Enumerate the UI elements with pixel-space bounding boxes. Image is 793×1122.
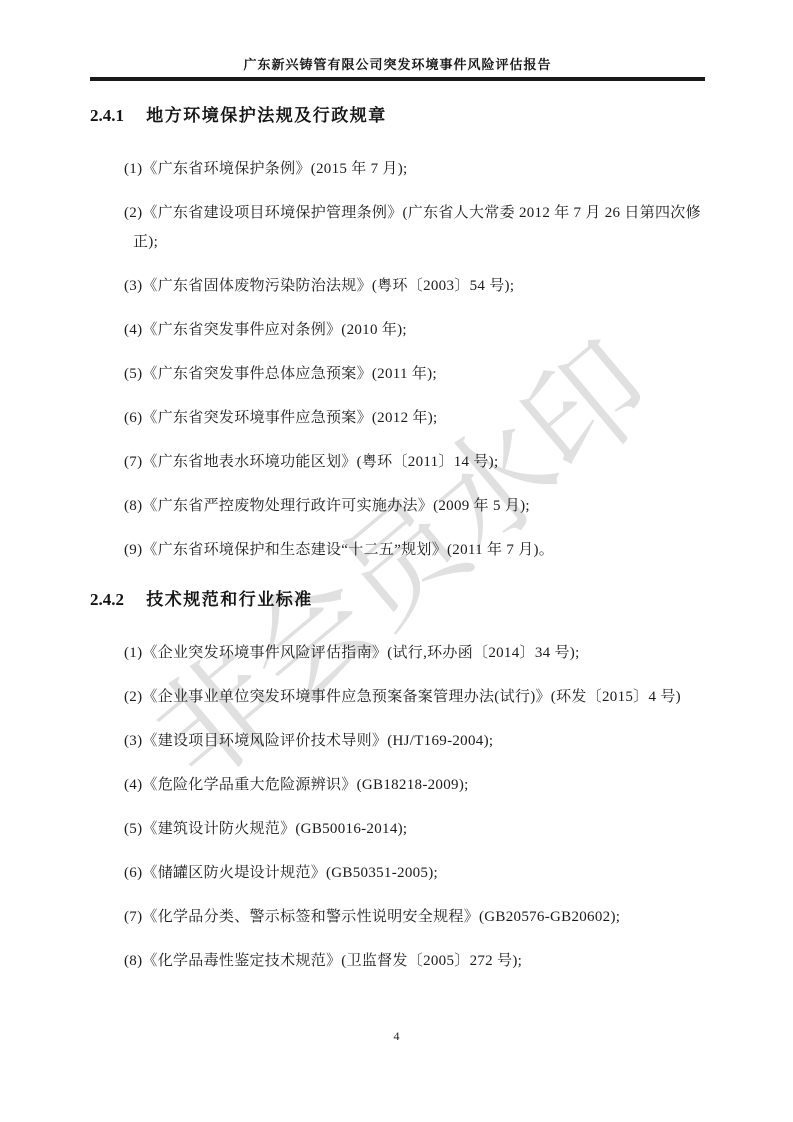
list-item: (2)《企业事业单位突发环境事件应急预案备案管理办法(试行)》(环发〔2015〕… — [90, 683, 705, 712]
list-item: (5)《建筑设计防火规范》(GB50016-2014); — [90, 815, 705, 844]
list-item: (5)《广东省突发事件总体应急预案》(2011 年); — [90, 360, 705, 389]
header-double-rule — [90, 77, 705, 81]
list-item: (1)《广东省环境保护条例》(2015 年 7 月); — [90, 155, 705, 184]
list-item: (8)《广东省严控废物处理行政许可实施办法》(2009 年 5 月); — [90, 492, 705, 521]
list-item: (4)《广东省突发事件应对条例》(2010 年); — [90, 316, 705, 345]
list-item: (9)《广东省环境保护和生态建设“十二五”规划》(2011 年 7 月)。 — [90, 536, 705, 565]
list-item: (6)《广东省突发环境事件应急预案》(2012 年); — [90, 404, 705, 433]
section-title-text: 地方环境保护法规及行政规章 — [146, 106, 387, 125]
list-item: (7)《化学品分类、警示标签和警示性说明安全规程》(GB20576-GB2060… — [90, 903, 705, 932]
list-item: (3)《广东省固体废物污染防治法规》(粤环〔2003〕54 号); — [90, 272, 705, 301]
list-item: (2)《广东省建设项目环境保护管理条例》(广东省人大常委 2012 年 7 月 … — [90, 199, 705, 257]
document-page: 非会员水印 广东新兴铸管有限公司突发环境事件风险评估报告 2.4.1 地方环境保… — [0, 0, 793, 1122]
section-heading-241: 2.4.1 地方环境保护法规及行政规章 — [90, 105, 705, 127]
section-number: 2.4.2 — [90, 590, 124, 609]
list-item: (1)《企业突发环境事件风险评估指南》(试行,环办函〔2014〕34 号); — [90, 639, 705, 668]
list-item: (8)《化学品毒性鉴定技术规范》(卫监督发〔2005〕272 号); — [90, 947, 705, 976]
list-item: (4)《危险化学品重大危险源辨识》(GB18218-2009); — [90, 771, 705, 800]
list-item: (7)《广东省地表水环境功能区划》(粤环〔2011〕14 号); — [90, 448, 705, 477]
section-title-text: 技术规范和行业标准 — [146, 590, 313, 609]
section-number: 2.4.1 — [90, 106, 124, 125]
section-heading-242: 2.4.2 技术规范和行业标准 — [90, 589, 705, 611]
running-header-title: 广东新兴铸管有限公司突发环境事件风险评估报告 — [90, 56, 705, 73]
list-item: (6)《储罐区防火堤设计规范》(GB50351-2005); — [90, 859, 705, 888]
page-content: 广东新兴铸管有限公司突发环境事件风险评估报告 2.4.1 地方环境保护法规及行政… — [0, 56, 793, 976]
list-item: (3)《建设项目环境风险评价技术导则》(HJ/T169-2004); — [90, 727, 705, 756]
page-number: 4 — [0, 1029, 793, 1043]
